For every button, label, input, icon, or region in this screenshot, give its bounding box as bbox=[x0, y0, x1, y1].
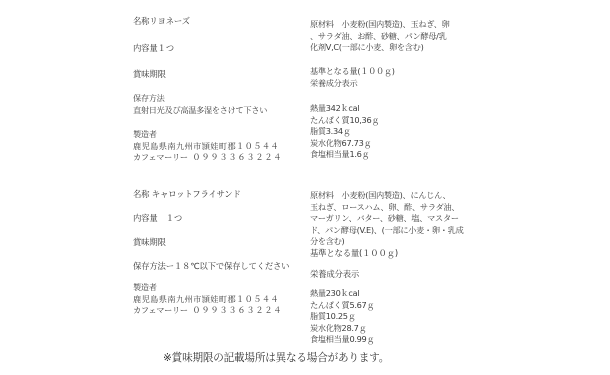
nutrition-line: たんぱく質5.67ｇ bbox=[310, 300, 374, 312]
nutrition-line: 脂質3.34ｇ bbox=[310, 126, 379, 138]
nutrition-line: 炭水化物67.73ｇ bbox=[310, 138, 379, 150]
ingredient-line: 分を含む) bbox=[310, 236, 463, 248]
nutrition-line: たんぱく質10,36ｇ bbox=[310, 115, 379, 127]
ingredient-line: 玉ねぎ、ロースハム、卵、酢、サラダ油、 bbox=[310, 202, 463, 214]
ingredient-line: マーガリン、バター、砂糖、塩、マスター bbox=[310, 213, 463, 225]
product2-ingredients: 原材料 小麦粉(国内製造)、にんじん、 玉ねぎ、ロースハム、卵、酢、サラダ油、 … bbox=[310, 190, 463, 248]
product2-nutrition-title: 栄養成分表示 bbox=[310, 269, 359, 279]
product2-name: 名称 キャロットフライサンド bbox=[133, 189, 241, 199]
ingredient-line: ド、パン酵母(V.E)、(一部に小麦・卵・乳成 bbox=[310, 225, 463, 237]
product1-basis-block: 基準となる量(１００ｇ) 栄養成分表示 bbox=[310, 66, 395, 89]
product1-maker-label: 製造者 bbox=[133, 129, 282, 141]
product2-expiry-label: 賞味期限 bbox=[133, 237, 166, 247]
product1-storage: 保存方法 直射日光及び高温多湿をさけて下さい bbox=[133, 93, 267, 116]
product2-maker-label: 製造者 bbox=[133, 282, 282, 294]
product1-maker-name: カフェマーリー bbox=[133, 152, 188, 162]
nutrition-line: 食塩相当量0.99ｇ bbox=[310, 334, 374, 346]
product2-maker-address: 鹿児島県南九州市頴娃町郡１０５４４ bbox=[133, 294, 279, 304]
footer-note: ※賞味期限の記載場所は異なる場合があります。 bbox=[163, 350, 389, 365]
product1-quantity: 内容量１つ bbox=[133, 43, 174, 53]
product2-nutrition: 熱量230ｋcal たんぱく質5.67ｇ 脂質10.25ｇ 炭水化物28.7ｇ … bbox=[310, 288, 374, 346]
product1-name: 名称リヨネーズ bbox=[133, 16, 190, 26]
ingredient-line: 原材料 小麦粉(国内製造)、にんじん、 bbox=[310, 190, 463, 202]
ingredient-line: 原材料 小麦粉(国内製造)、玉ねぎ、卵 bbox=[310, 19, 450, 31]
product1-expiry-label: 賞味期限 bbox=[133, 69, 166, 79]
nutrition-line: 脂質10.25ｇ bbox=[310, 311, 374, 323]
product2-maker-name: カフェマーリー bbox=[133, 305, 188, 315]
product1-nutrition-title: 栄養成分表示 bbox=[310, 78, 395, 90]
nutrition-line: 熱量230ｋcal bbox=[310, 288, 374, 300]
product2-quantity: 内容量 １つ bbox=[133, 213, 182, 223]
nutrition-line: 熱量342ｋcal bbox=[310, 103, 379, 115]
nutrition-line: 炭水化物28.7ｇ bbox=[310, 323, 374, 335]
product2-maker-phone: ０９９３３６３２２４ bbox=[192, 305, 282, 315]
product2-storage-text: 保存方法ー１８℃以下で保存してください bbox=[133, 261, 289, 271]
product1-maker-address: 鹿児島県南九州市頴娃町郡１０５４４ bbox=[133, 141, 279, 151]
product1-storage-label: 保存方法 bbox=[133, 93, 267, 105]
product1-basis: 基準となる量(１００ｇ) bbox=[310, 66, 395, 78]
product1-ingredients: 原材料 小麦粉(国内製造)、玉ねぎ、卵 、サラダ油、お酢、砂糖、パン酵母/乳 化… bbox=[310, 19, 450, 54]
product1-maker-phone: ０９９３３６３２２４ bbox=[192, 152, 282, 162]
product2-basis: 基準となる量(１００ｇ) bbox=[310, 248, 398, 258]
product1-nutrition: 熱量342ｋcal たんぱく質10,36ｇ 脂質3.34ｇ 炭水化物67.73ｇ… bbox=[310, 103, 379, 161]
product1-storage-text: 直射日光及び高温多湿をさけて下さい bbox=[133, 105, 267, 117]
ingredient-line: 化剤V,C(一部に小麦、卵を含む) bbox=[310, 42, 450, 54]
nutrition-line: 食塩相当量1.6ｇ bbox=[310, 149, 379, 161]
product1-maker: 製造者 鹿児島県南九州市頴娃町郡１０５４４ カフェマーリー ０９９３３６３２２４ bbox=[133, 129, 282, 164]
product2-maker: 製造者 鹿児島県南九州市頴娃町郡１０５４４ カフェマーリー ０９９３３６３２２４ bbox=[133, 282, 282, 317]
ingredient-line: 、サラダ油、お酢、砂糖、パン酵母/乳 bbox=[310, 31, 450, 43]
